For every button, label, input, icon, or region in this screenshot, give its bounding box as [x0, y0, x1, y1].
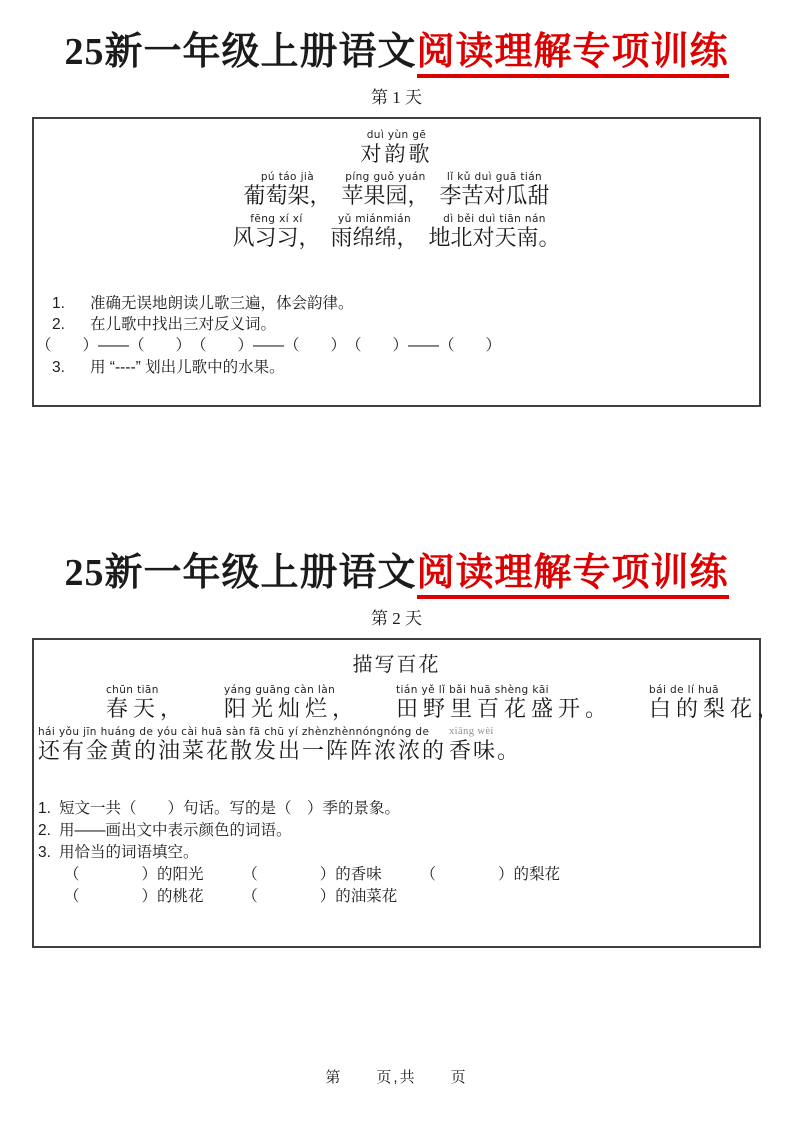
- passage-line: chūn tiān春天，yáng guāng càn làn阳光灿烂，tián …: [38, 684, 755, 722]
- hanzi-text: 香味。: [449, 738, 521, 764]
- passage-title: 描写百花: [38, 652, 755, 678]
- pinyin-text: bái de lí huā: [615, 684, 784, 696]
- hanzi-text: 田野里百花盛开。: [362, 696, 612, 722]
- hanzi-text: 描写百花: [353, 652, 441, 678]
- section-day-2: 25新一年级上册语文阅读理解专项训练 第 2 天 描写百花 chūn tiān春…: [0, 553, 793, 948]
- pinyin-hanzi-segment: chūn tiān春天，: [72, 684, 187, 722]
- hanzi-text: 阳光灿烂，: [190, 696, 359, 722]
- question-number: 3.: [38, 842, 59, 864]
- pinyin-text: duì yùn gē: [361, 129, 433, 141]
- question-row: 3.用 “----” 划出儿歌中的水果。: [52, 357, 759, 378]
- question-text: 用 “----” 划出儿歌中的水果。: [90, 357, 285, 378]
- passage: 描写百花 chūn tiān春天，yáng guāng càn làn阳光灿烂，…: [34, 640, 759, 764]
- passage-line: fēng xí xí风习习，yǔ miánmián雨绵绵，dì běi duì …: [34, 213, 759, 251]
- pinyin-hanzi-segment: píng guǒ yuán苹果园，: [341, 171, 429, 209]
- pinyin-hanzi-segment: xiāng wèi香味。: [449, 726, 521, 764]
- question-text: 用恰当的词语填空。: [59, 842, 199, 864]
- pinyin-text: fēng xí xí: [232, 213, 320, 225]
- hanzi-text: 春天，: [72, 696, 187, 722]
- title-red-text: 阅读理解专项训练: [417, 552, 729, 599]
- pinyin-hanzi-segment: fēng xí xí风习习，: [232, 213, 320, 251]
- page-footer: 第 页,共 页: [0, 1066, 793, 1087]
- exercise-box: duì yùn gē对韵歌 pú táo jià葡萄架，píng guǒ yuá…: [32, 117, 761, 407]
- hanzi-text: 葡萄架，: [243, 183, 331, 209]
- pinyin-hanzi-segment: dì běi duì tiān nán地北对天南。: [429, 213, 561, 251]
- question-number: 2.: [38, 820, 59, 842]
- hanzi-text: 风习习，: [232, 225, 320, 251]
- pinyin-text: hái yǒu jīn huáng de yóu cài huā sàn fā …: [38, 726, 446, 738]
- question-text: 在儿歌中找出三对反义词。: [90, 314, 276, 335]
- exercise-box: 描写百花 chūn tiān春天，yáng guāng càn làn阳光灿烂，…: [32, 638, 761, 948]
- pinyin-hanzi-segment: tián yě lǐ bǎi huā shèng kāi田野里百花盛开。: [362, 684, 612, 722]
- question-number: 2.: [52, 314, 90, 335]
- pinyin-text: lǐ kǔ duì guā tián: [440, 171, 550, 183]
- pinyin-text: fěn hóng de táo huā: [787, 684, 793, 696]
- pinyin-hanzi-segment: yáng guāng càn làn阳光灿烂，: [190, 684, 359, 722]
- passage-body: pú táo jià葡萄架，píng guǒ yuán苹果园，lǐ kǔ duì…: [34, 171, 759, 251]
- pinyin-hanzi-segment: yǔ miánmián雨绵绵，: [330, 213, 418, 251]
- hanzi-text: 白的梨花，: [615, 696, 784, 722]
- question-text: 用——画出文中表示颜色的词语。: [59, 820, 292, 842]
- hanzi-text: 地北对天南。: [429, 225, 561, 251]
- day-label: 第 2 天: [0, 604, 793, 626]
- question-row: 1.短文一共（ ）句话。写的是（ ）季的景象。: [38, 798, 759, 820]
- pinyin-hanzi-segment: hái yǒu jīn huáng de yóu cài huā sàn fā …: [38, 726, 446, 764]
- question-row: （ ）——（ ） （ ）——（ ） （ ）——（ ）: [36, 335, 759, 357]
- question-row: 3.用恰当的词语填空。: [38, 842, 759, 864]
- question-list: 1.短文一共（ ）句话。写的是（ ）季的景象。2.用——画出文中表示颜色的词语。…: [34, 798, 759, 908]
- question-row: 1.准确无误地朗读儿歌三遍，体会韵律。: [52, 293, 759, 314]
- hanzi-text: 雨绵绵，: [330, 225, 418, 251]
- pinyin-text: chūn tiān: [72, 684, 187, 696]
- question-text: （ ）的阳光 （ ）的香味 （ ）的梨花: [64, 864, 560, 886]
- pinyin-hanzi-segment: 描写百花: [353, 652, 441, 678]
- question-number: 1.: [52, 293, 90, 314]
- title-red-text: 阅读理解专项训练: [417, 31, 729, 78]
- pinyin-text: yáng guāng càn làn: [190, 684, 359, 696]
- question-number: 1.: [38, 798, 59, 820]
- hanzi-text: 粉红的桃花，: [787, 696, 793, 722]
- pinyin-text: yǔ miánmián: [330, 213, 418, 225]
- section-day-1: 25新一年级上册语文阅读理解专项训练 第 1 天 duì yùn gē对韵歌 p…: [0, 32, 793, 407]
- pinyin-text: tián yě lǐ bǎi huā shèng kāi: [362, 684, 612, 696]
- passage-line: pú táo jià葡萄架，píng guǒ yuán苹果园，lǐ kǔ duì…: [34, 171, 759, 209]
- question-number: 3.: [52, 357, 90, 378]
- question-row: 2.在儿歌中找出三对反义词。: [52, 314, 759, 335]
- pinyin-text: píng guǒ yuán: [341, 171, 429, 183]
- pinyin-text: pú táo jià: [243, 171, 331, 183]
- passage-title: duì yùn gē对韵歌: [34, 129, 759, 167]
- question-row: （ ）的桃花 （ ）的油菜花: [38, 886, 759, 908]
- question-text: （ ）的桃花 （ ）的油菜花: [64, 886, 397, 908]
- hanzi-text: 还有金黄的油菜花散发出一阵阵浓浓的: [38, 738, 446, 764]
- question-row: 2.用——画出文中表示颜色的词语。: [38, 820, 759, 842]
- question-row: （ ）的阳光 （ ）的香味 （ ）的梨花: [38, 864, 759, 886]
- pinyin-text: dì běi duì tiān nán: [429, 213, 561, 225]
- worksheet-page: 25新一年级上册语文阅读理解专项训练 第 1 天 duì yùn gē对韵歌 p…: [0, 0, 793, 1087]
- pinyin-hanzi-segment: bái de lí huā白的梨花，: [615, 684, 784, 722]
- pinyin-hanzi-segment: duì yùn gē对韵歌: [361, 129, 433, 167]
- hanzi-text: 苹果园，: [341, 183, 429, 209]
- question-text: 准确无误地朗读儿歌三遍，体会韵律。: [90, 293, 354, 314]
- passage-line: hái yǒu jīn huáng de yóu cài huā sàn fā …: [38, 726, 755, 764]
- pinyin-hanzi-segment: fěn hóng de táo huā粉红的桃花，: [787, 684, 793, 722]
- question-text: 短文一共（ ）句话。写的是（ ）季的景象。: [59, 798, 400, 820]
- day-label: 第 1 天: [0, 83, 793, 105]
- title-black-text: 25新一年级上册语文: [64, 552, 416, 594]
- pinyin-hanzi-segment: lǐ kǔ duì guā tián李苦对瓜甜: [440, 171, 550, 209]
- title-black-text: 25新一年级上册语文: [64, 31, 416, 73]
- question-text: （ ）——（ ） （ ）——（ ） （ ）——（ ）: [36, 335, 501, 357]
- passage: duì yùn gē对韵歌 pú táo jià葡萄架，píng guǒ yuá…: [34, 119, 759, 251]
- passage-body: chūn tiān春天，yáng guāng càn làn阳光灿烂，tián …: [38, 684, 755, 764]
- page-title: 25新一年级上册语文阅读理解专项训练: [0, 32, 793, 74]
- hanzi-text: 李苦对瓜甜: [440, 183, 550, 209]
- hanzi-text: 对韵歌: [361, 141, 433, 167]
- page-title: 25新一年级上册语文阅读理解专项训练: [0, 553, 793, 595]
- question-list: 1.准确无误地朗读儿歌三遍，体会韵律。2.在儿歌中找出三对反义词。（ ）——（ …: [34, 293, 759, 378]
- pinyin-text: xiāng wèi: [449, 726, 521, 738]
- pinyin-hanzi-segment: pú táo jià葡萄架，: [243, 171, 331, 209]
